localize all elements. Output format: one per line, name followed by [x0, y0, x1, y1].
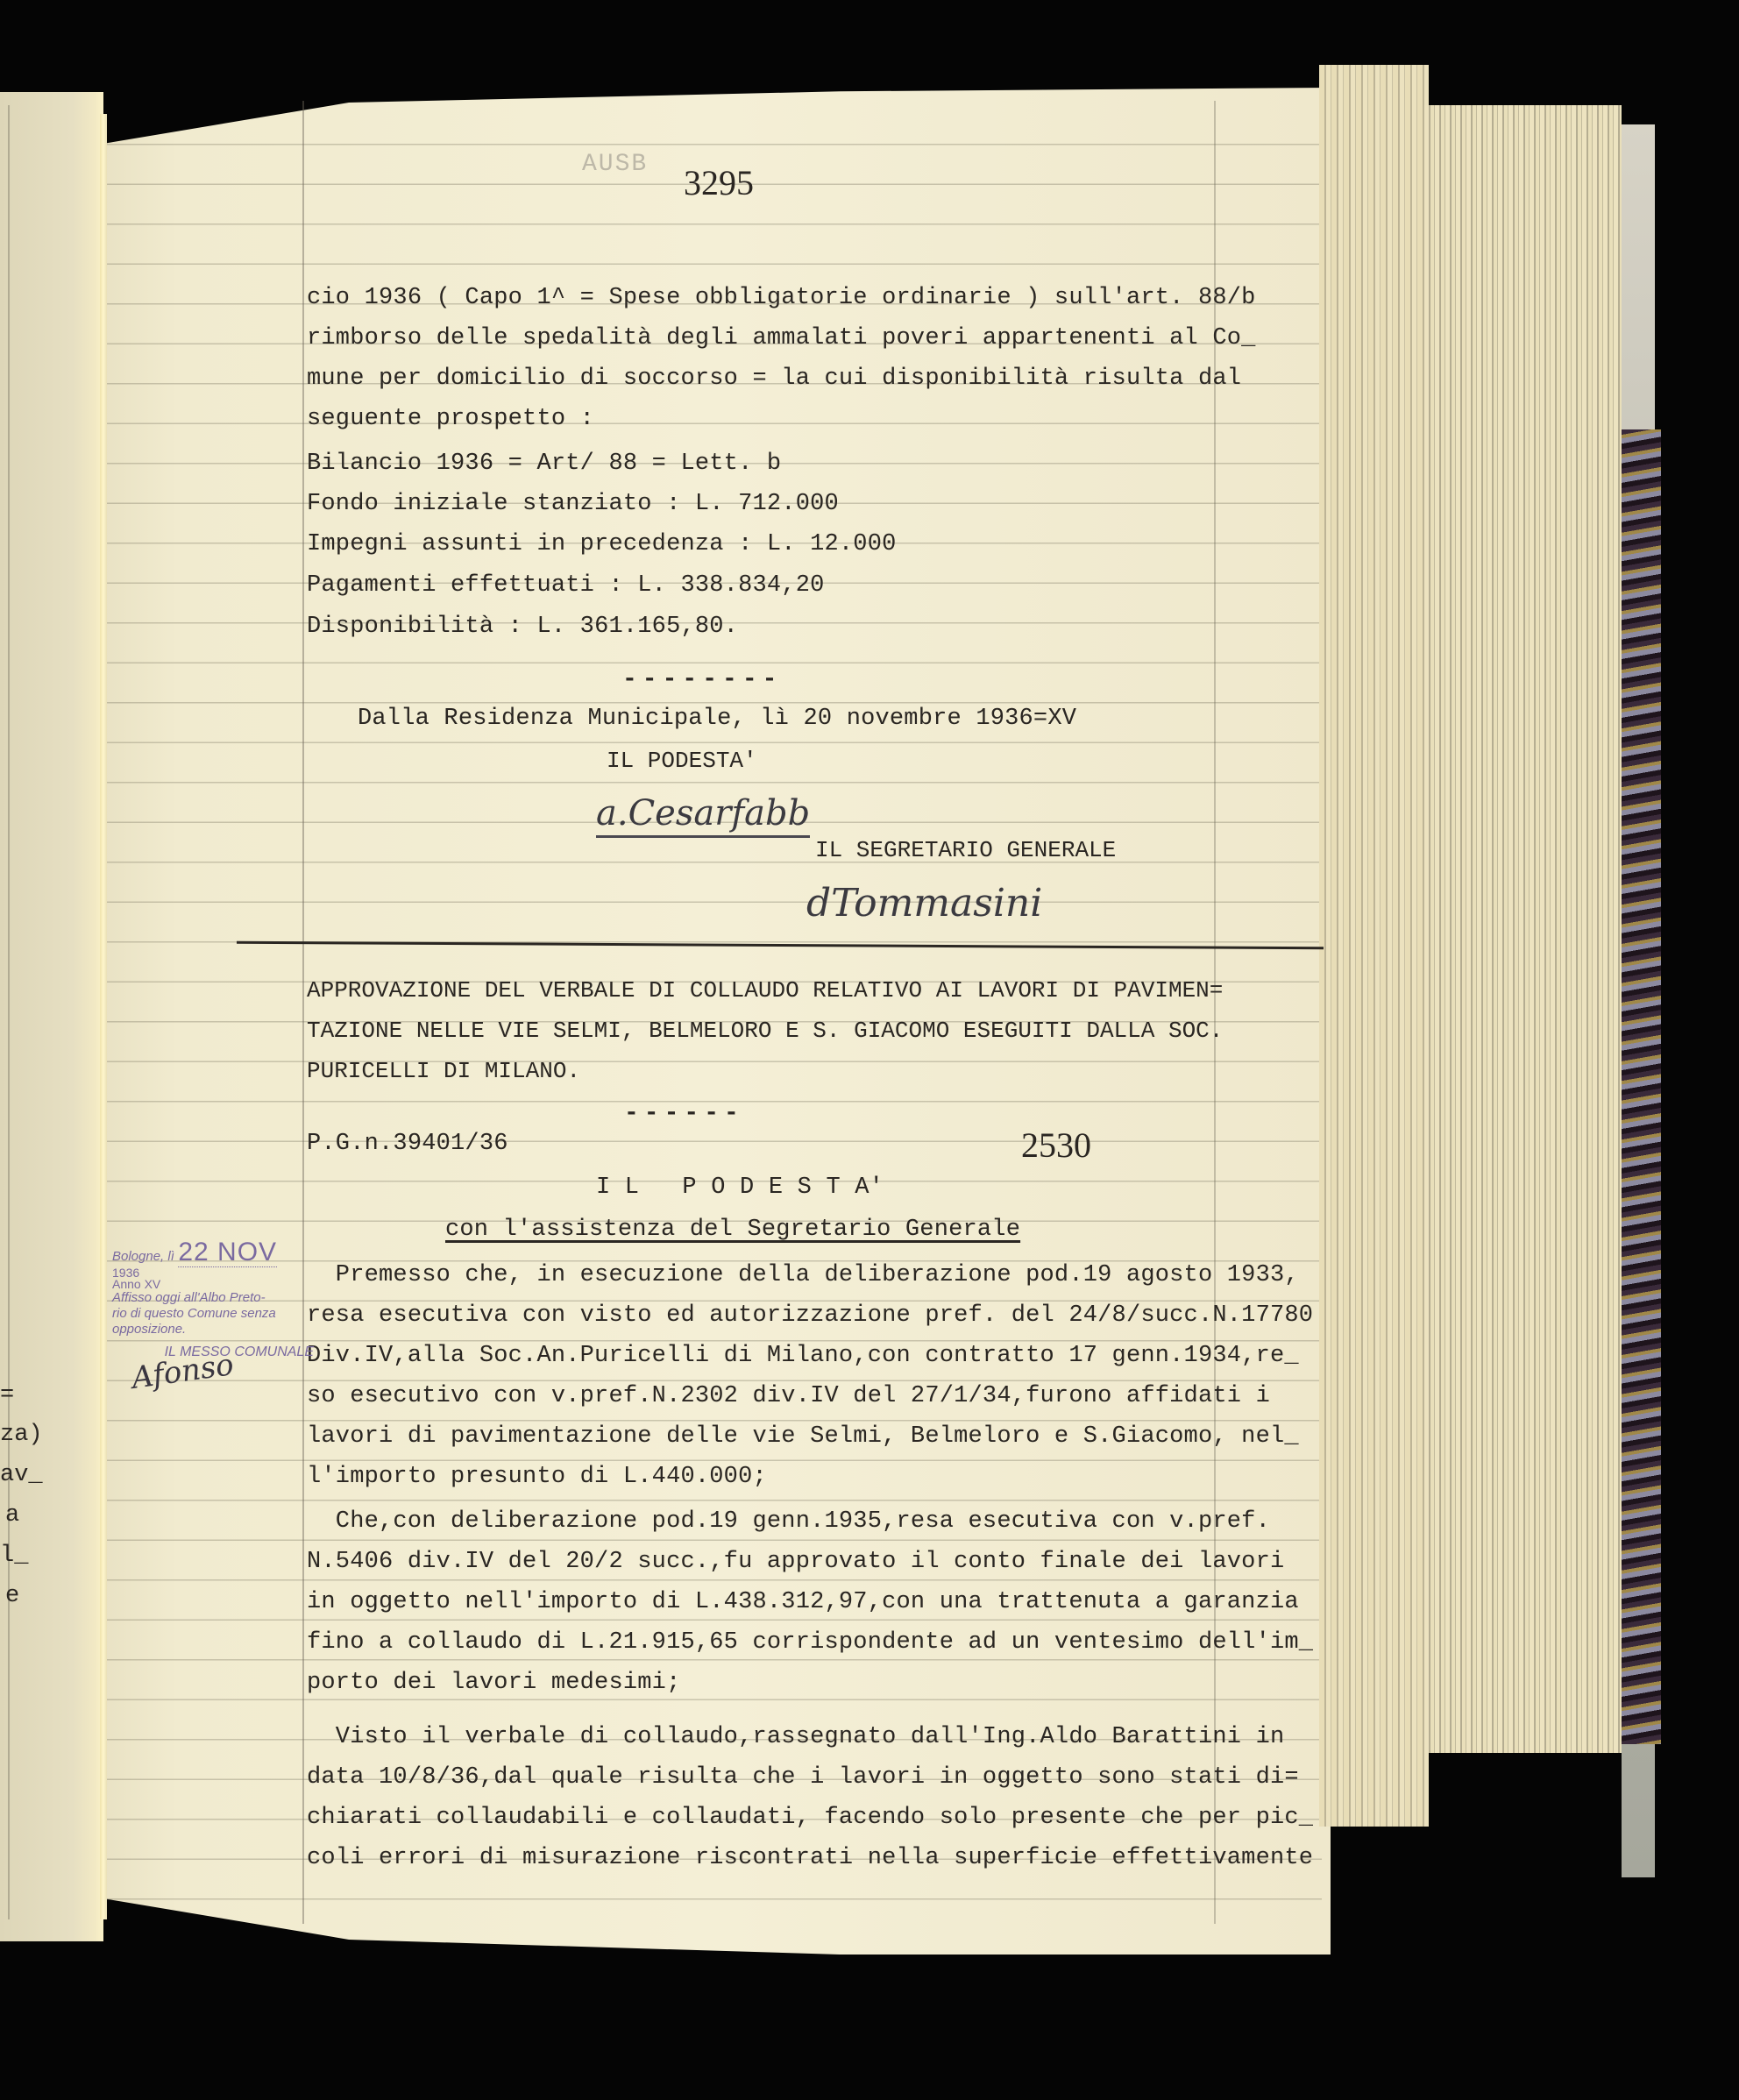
stamp-date: 22 NOV — [178, 1238, 277, 1267]
place-date: Dalla Residenza Municipale, lì 20 novemb… — [358, 706, 1076, 732]
body-line: lavori di pavimentazione delle vie Selmi… — [307, 1423, 1299, 1450]
left-page — [0, 92, 103, 1941]
left-fragment: = — [0, 1382, 14, 1408]
body-line: Che,con deliberazione pod.19 genn.1935,r… — [307, 1508, 1270, 1535]
page-edges-stack — [1319, 65, 1429, 1827]
text-line: mune per domicilio di soccorso = la cui … — [307, 365, 1241, 392]
act-number: 2530 — [1021, 1124, 1091, 1166]
body-line: fino a collaudo di L.21.915,65 corrispon… — [307, 1629, 1313, 1656]
act-subheading: con l'assistenza del Segretario Generale — [445, 1217, 1020, 1243]
body-line: in oggetto nell'importo di L.438.312,97,… — [307, 1589, 1299, 1615]
left-margin-rule — [302, 101, 304, 1924]
separator: ------ — [624, 1100, 744, 1127]
stamp-line: Affisso oggi all'Albo Preto- — [112, 1290, 314, 1306]
body-line: chiarati collaudabili e collaudati, face… — [307, 1805, 1313, 1831]
body-line: Premesso che, in esecuzione della delibe… — [307, 1262, 1299, 1288]
body-line: N.5406 div.IV del 20/2 succ.,fu approvat… — [307, 1549, 1284, 1575]
protocol-number: P.G.n.39401/36 — [307, 1131, 508, 1157]
left-fragment: av_ — [0, 1462, 43, 1488]
budget-row: Disponibilità : L. 361.165,80. — [307, 614, 738, 640]
secretary-signature: dTommasini — [806, 881, 1042, 926]
page-number: 3295 — [684, 162, 754, 203]
stamp-year-block: 1936Anno XV — [112, 1267, 160, 1290]
podesta-title: IL PODESTA' — [607, 748, 757, 774]
stamp-place: Bologne, lì — [112, 1249, 174, 1264]
left-fragment: e — [5, 1583, 19, 1609]
budget-value: L. 338.834,20 — [637, 572, 824, 599]
text-line: rimborso delle spedalità degli ammalati … — [307, 325, 1256, 351]
budget-row: Impegni assunti in precedenza : L. 12.00… — [307, 531, 897, 557]
left-fragment: za) — [0, 1422, 43, 1448]
body-line: Div.IV,alla Soc.An.Puricelli di Milano,c… — [307, 1343, 1299, 1369]
budget-value: L. 12.000 — [767, 531, 897, 557]
body-line: porto dei lavori medesimi; — [307, 1670, 680, 1696]
text-line: seguente prospetto : — [307, 406, 594, 432]
budget-value: L. 361.165,80. — [536, 614, 738, 640]
budget-row: Pagamenti effettuati : L. 338.834,20 — [307, 572, 825, 599]
stamp-era: Anno XV — [112, 1277, 160, 1291]
separator: -------- — [622, 666, 782, 693]
body-line: coli errori di misurazione riscontrati n… — [307, 1845, 1313, 1871]
text-line: cio 1936 ( Capo 1^ = Spese obbligatorie … — [307, 285, 1256, 311]
budget-value: L. 712.000 — [695, 491, 839, 517]
body-line: Visto il verbale di collaudo,rassegnato … — [307, 1724, 1284, 1750]
left-page-margin-rule — [8, 105, 10, 1919]
act-title-line: APPROVAZIONE DEL VERBALE DI COLLAUDO REL… — [307, 977, 1223, 1004]
act-title-line: PURICELLI DI MILANO. — [307, 1058, 580, 1084]
marbled-cover-edge — [1622, 429, 1661, 1744]
body-line: data 10/8/36,dal quale risulta che i lav… — [307, 1764, 1299, 1791]
act-heading: I L P O D E S T A' — [596, 1174, 884, 1201]
budget-row: Bilancio 1936 = Art/ 88 = Lett. b — [307, 451, 781, 477]
body-line: l'importo presunto di L.440.000; — [307, 1464, 767, 1490]
budget-row: Fondo iniziale stanziato : L. 712.000 — [307, 491, 839, 517]
podesta-signature: a.Cesarfabb — [596, 793, 810, 838]
body-line: resa esecutiva con visto ed autorizzazio… — [307, 1302, 1313, 1329]
left-fragment: l_ — [0, 1543, 28, 1569]
body-line: so esecutivo con v.pref.N.2302 div.IV de… — [307, 1383, 1270, 1409]
secretary-title: IL SEGRETARIO GENERALE — [815, 837, 1116, 863]
page-edges-stack-back — [1424, 105, 1622, 1753]
stamp-line: rio di questo Comune senza — [112, 1306, 314, 1322]
book-gutter — [100, 114, 107, 1919]
publication-stamp: Bologne, lì 22 NOV 1936Anno XV Affisso o… — [112, 1238, 314, 1360]
act-title-line: TAZIONE NELLE VIE SELMI, BELMELORO E S. … — [307, 1018, 1223, 1044]
stamp-line: opposizione. — [112, 1322, 314, 1337]
faded-archive-stamp: AUSB — [582, 151, 648, 178]
left-fragment: a — [5, 1502, 19, 1529]
